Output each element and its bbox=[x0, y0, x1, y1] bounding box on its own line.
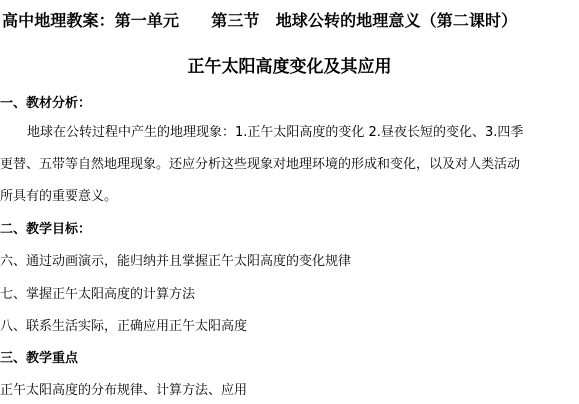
paragraph-line: 所具有的重要意义。 bbox=[0, 185, 117, 204]
section-heading-teaching-goals: 二、教学目标： bbox=[0, 218, 91, 237]
paragraph-line: 更替、五带等自然地理现象。还应分析这些现象对地理环境的形成和变化，以及对人类活动 bbox=[0, 153, 520, 172]
section-heading-textbook-analysis: 一、教材分析： bbox=[0, 92, 91, 111]
section-heading-teaching-focus: 三、教学重点 bbox=[0, 347, 78, 366]
goal-item: 七、掌握正午太阳高度的计算方法 bbox=[0, 283, 195, 302]
focus-item: 正午太阳高度的分布规律、计算方法、应用 bbox=[0, 379, 247, 398]
document-subtitle: 正午太阳高度变化及其应用 bbox=[0, 52, 579, 77]
paragraph-line: 地球在公转过程中产生的地理现象：1.正午太阳高度的变化 2.昼夜长短的变化、3.… bbox=[27, 121, 523, 140]
goal-item: 八、联系生活实际，正确应用正午太阳高度 bbox=[0, 315, 247, 334]
document-title: 高中地理教案：第一单元 第三节 地球公转的地理意义（第二课时） bbox=[2, 8, 517, 31]
goal-item: 六、通过动画演示，能归纳并且掌握正午太阳高度的变化规律 bbox=[0, 250, 351, 269]
